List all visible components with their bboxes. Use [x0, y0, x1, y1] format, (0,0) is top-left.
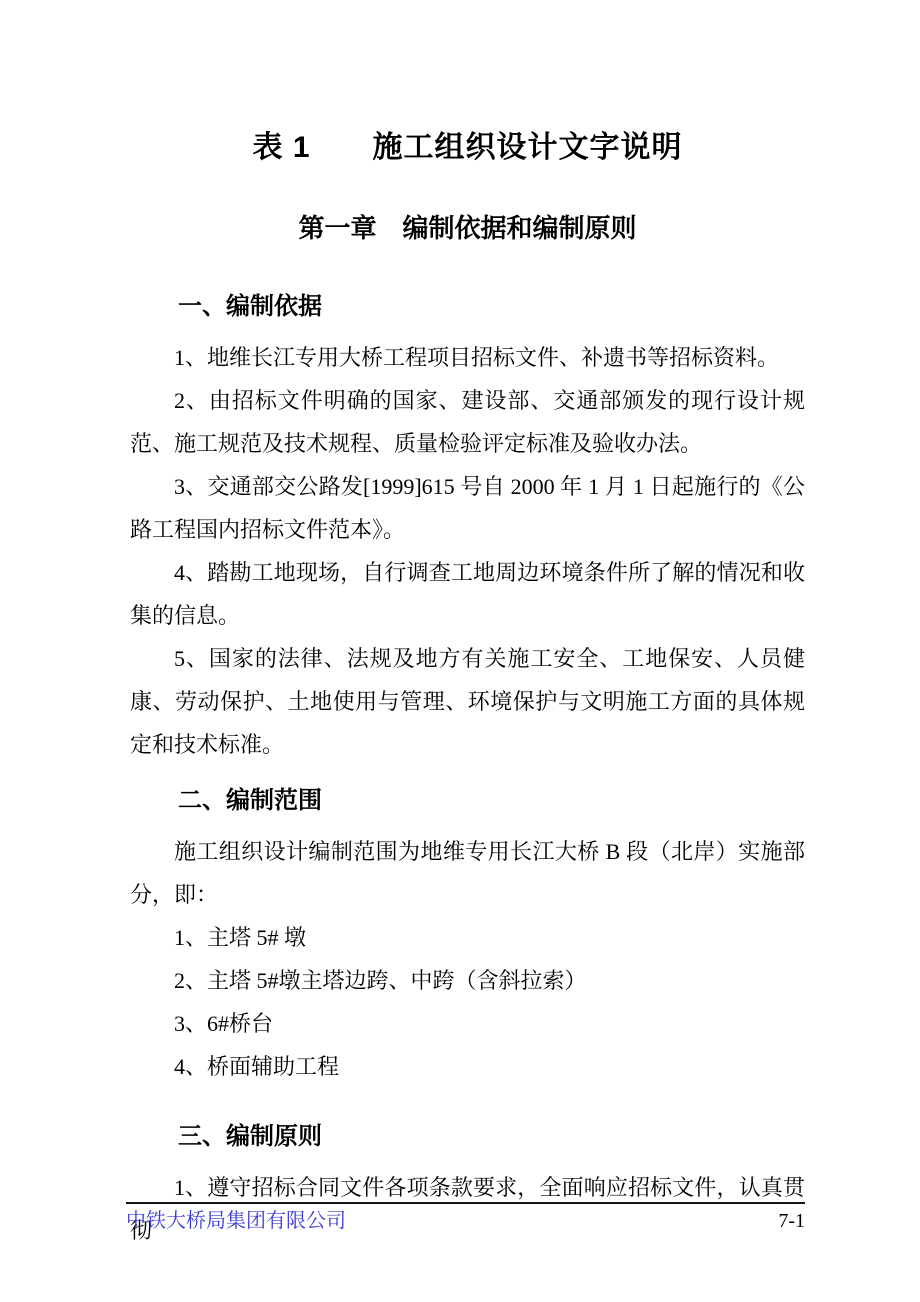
paragraph-basis-4: 4、踏勘工地现场，自行调查工地周边环境条件所了解的情况和收集的信息。 — [130, 551, 805, 637]
document-page: 表 1 施工组织设计文字说明 第一章 编制依据和编制原则 一、编制依据 1、地维… — [0, 0, 920, 1302]
section-scope: 二、编制范围 施工组织设计编制范围为地维专用长江大桥 B 段（北岸）实施部分，即… — [130, 786, 805, 1088]
section-basis-heading: 一、编制依据 — [130, 292, 805, 322]
paragraph-basis-5: 5、国家的法律、法规及地方有关施工安全、工地保安、人员健康、劳动保护、土地使用与… — [130, 637, 805, 766]
chapter-heading: 第一章 编制依据和编制原则 — [130, 212, 805, 244]
section-scope-heading: 二、编制范围 — [130, 786, 805, 816]
page-footer: 中铁大桥局集团有限公司 7-1 — [126, 1202, 805, 1233]
list-item-scope-1: 1、主塔 5# 墩 — [130, 916, 805, 959]
section-scope-body: 施工组织设计编制范围为地维专用长江大桥 B 段（北岸）实施部分，即： 1、主塔 … — [130, 830, 805, 1088]
paragraph-basis-3: 3、交通部交公路发[1999]615 号自 2000 年 1 月 1 日起施行的… — [130, 465, 805, 551]
document-title: 表 1 施工组织设计文字说明 — [130, 130, 805, 166]
section-principles-heading: 三、编制原则 — [130, 1122, 805, 1152]
footer-company-name: 中铁大桥局集团有限公司 — [126, 1209, 346, 1233]
paragraph-scope-intro: 施工组织设计编制范围为地维专用长江大桥 B 段（北岸）实施部分，即： — [130, 830, 805, 916]
list-item-scope-4: 4、桥面辅助工程 — [130, 1045, 805, 1088]
list-item-scope-3: 3、6#桥台 — [130, 1002, 805, 1045]
paragraph-basis-1: 1、地维长江专用大桥工程项目招标文件、补遗书等招标资料。 — [130, 336, 805, 379]
section-basis-body: 1、地维长江专用大桥工程项目招标文件、补遗书等招标资料。 2、由招标文件明确的国… — [130, 336, 805, 766]
section-basis: 一、编制依据 1、地维长江专用大桥工程项目招标文件、补遗书等招标资料。 2、由招… — [130, 292, 805, 766]
page-content: 表 1 施工组织设计文字说明 第一章 编制依据和编制原则 一、编制依据 1、地维… — [0, 0, 920, 1252]
list-item-scope-2: 2、主塔 5#墩主塔边跨、中跨（含斜拉索） — [130, 959, 805, 1002]
footer-page-number: 7-1 — [778, 1209, 805, 1233]
paragraph-basis-2: 2、由招标文件明确的国家、建设部、交通部颁发的现行设计规范、施工规范及技术规程、… — [130, 379, 805, 465]
